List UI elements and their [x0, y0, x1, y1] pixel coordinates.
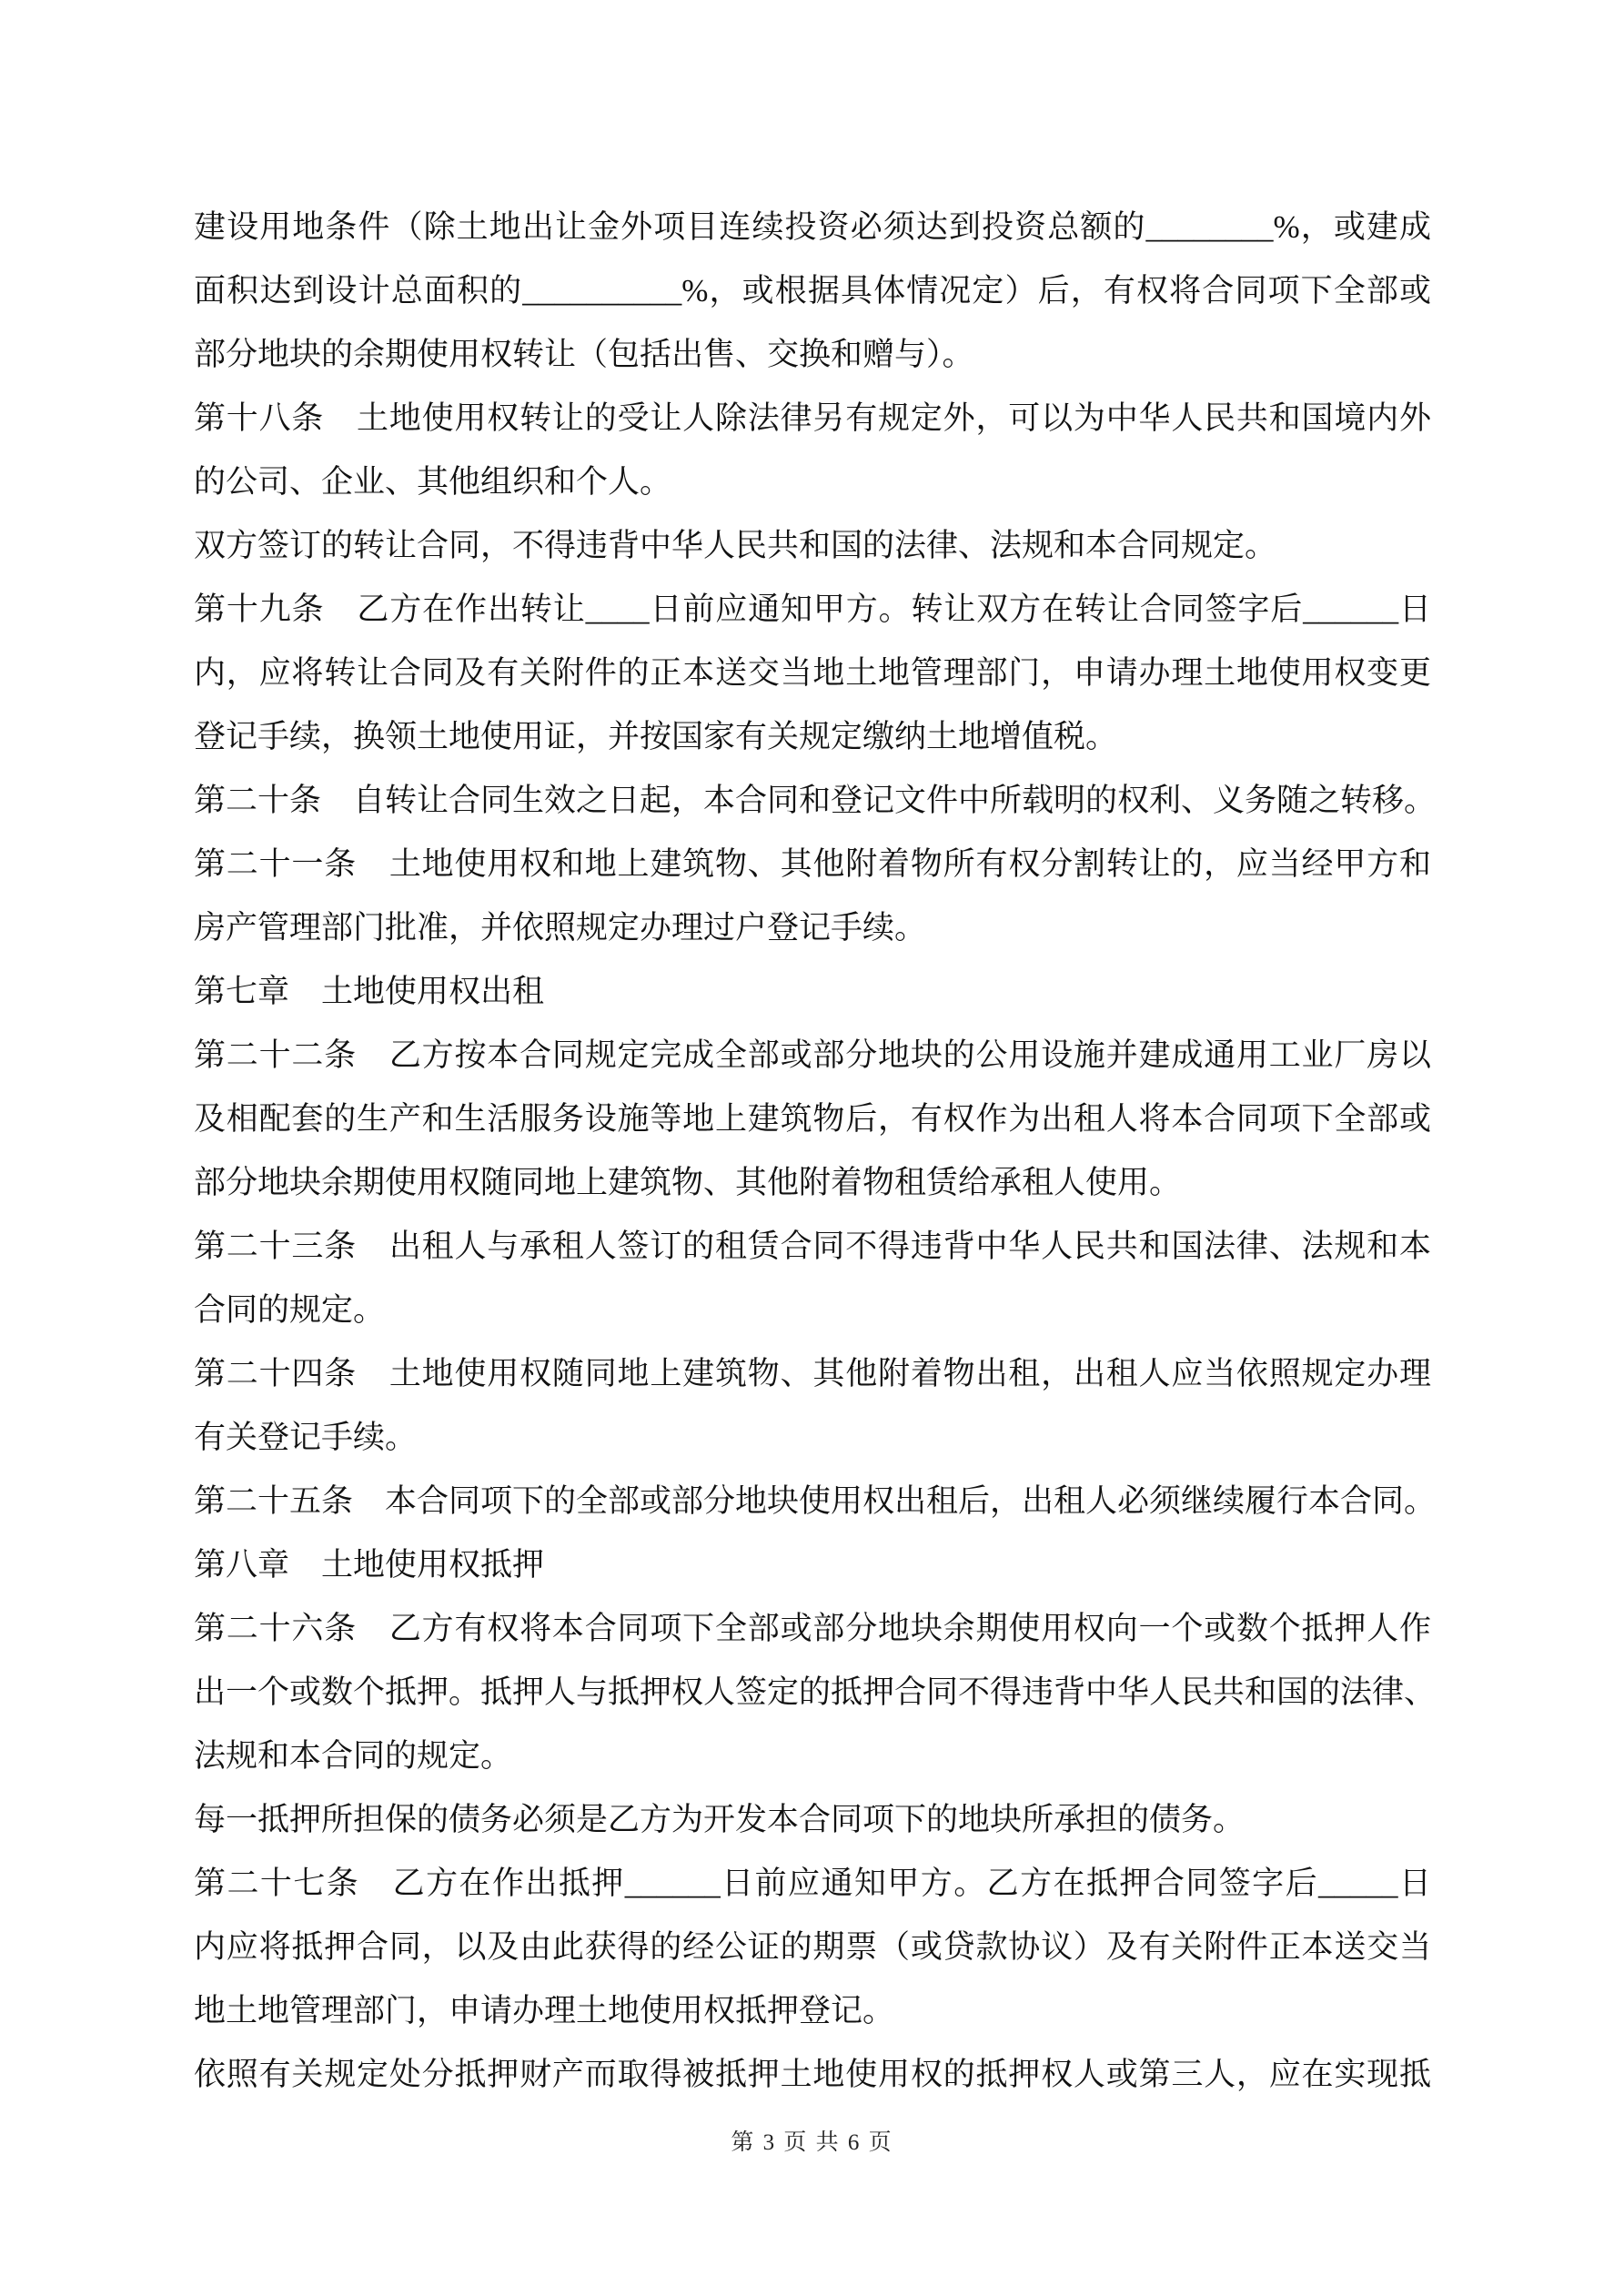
contract-line: 第二十五条 本合同项下的全部或部分地块使用权出租后，出租人必须继续履行本合同。	[194, 1470, 1431, 1533]
contract-line: 部分地块的余期使用权转让（包括出售、交换和赠与）。	[194, 323, 1431, 387]
contract-line: 合同的规定。	[194, 1279, 1431, 1342]
document-page: 建设用地条件（除土地出让金外项目连续投资必须达到投资总额的________%，或…	[0, 0, 1624, 2296]
contract-line: 及相配套的生产和生活服务设施等地上建筑物后，有权作为出租人将本合同项下全部或	[194, 1087, 1431, 1151]
contract-line: 每一抵押所担保的债务必须是乙方为开发本合同项下的地块所承担的债务。	[194, 1788, 1431, 1852]
contract-line: 第二十七条 乙方在作出抵押______日前应通知甲方。乙方在抵押合同签字后___…	[194, 1852, 1431, 1916]
chapter-heading: 第八章 土地使用权抵押	[194, 1533, 1431, 1597]
contract-line: 第二十四条 土地使用权随同地上建筑物、其他附着物出租，出租人应当依照规定办理	[194, 1342, 1431, 1406]
contract-line: 第十九条 乙方在作出转让____日前应通知甲方。转让双方在转让合同签字后____…	[194, 578, 1431, 642]
contract-line: 第十八条 土地使用权转让的受让人除法律另有规定外，可以为中华人民共和国境内外	[194, 387, 1431, 450]
contract-line: 房产管理部门批准，并依照规定办理过户登记手续。	[194, 896, 1431, 960]
contract-line: 有关登记手续。	[194, 1406, 1431, 1470]
page-number: 第 3 页 共 6 页	[0, 2111, 1624, 2175]
contract-line: 依照有关规定处分抵押财产而取得被抵押土地使用权的抵押权人或第三人，应在实现抵	[194, 2043, 1431, 2107]
contract-line: 登记手续，换领土地使用证，并按国家有关规定缴纳土地增值税。	[194, 705, 1431, 769]
contract-line: 第二十三条 出租人与承租人签订的租赁合同不得违背中华人民共和国法律、法规和本	[194, 1215, 1431, 1279]
contract-line: 内应将抵押合同，以及由此获得的经公证的期票（或贷款协议）及有关附件正本送交当	[194, 1916, 1431, 1979]
contract-line: 的公司、企业、其他组织和个人。	[194, 450, 1431, 514]
contract-line: 法规和本合同的规定。	[194, 1725, 1431, 1788]
chapter-heading: 第七章 土地使用权出租	[194, 960, 1431, 1024]
contract-line: 地土地管理部门，申请办理土地使用权抵押登记。	[194, 1979, 1431, 2043]
contract-line: 内，应将转让合同及有关附件的正本送交当地土地管理部门，申请办理土地使用权变更	[194, 642, 1431, 705]
contract-line: 第二十六条 乙方有权将本合同项下全部或部分地块余期使用权向一个或数个抵押人作	[194, 1597, 1431, 1661]
contract-line: 部分地块余期使用权随同地上建筑物、其他附着物租赁给承租人使用。	[194, 1151, 1431, 1215]
contract-line: 第二十一条 土地使用权和地上建筑物、其他附着物所有权分割转让的，应当经甲方和	[194, 833, 1431, 896]
contract-line: 第二十条 自转让合同生效之日起，本合同和登记文件中所载明的权利、义务随之转移。	[194, 769, 1431, 833]
contract-line: 出一个或数个抵押。抵押人与抵押权人签定的抵押合同不得违背中华人民共和国的法律、	[194, 1661, 1431, 1725]
contract-line: 双方签订的转让合同，不得违背中华人民共和国的法律、法规和本合同规定。	[194, 514, 1431, 578]
contract-line: 面积达到设计总面积的__________%，或根据具体情况定）后，有权将合同项下…	[194, 259, 1431, 323]
contract-body: 建设用地条件（除土地出让金外项目连续投资必须达到投资总额的________%，或…	[194, 196, 1431, 2107]
contract-line: 建设用地条件（除土地出让金外项目连续投资必须达到投资总额的________%，或…	[194, 196, 1431, 259]
contract-line: 第二十二条 乙方按本合同规定完成全部或部分地块的公用设施并建成通用工业厂房以	[194, 1024, 1431, 1087]
